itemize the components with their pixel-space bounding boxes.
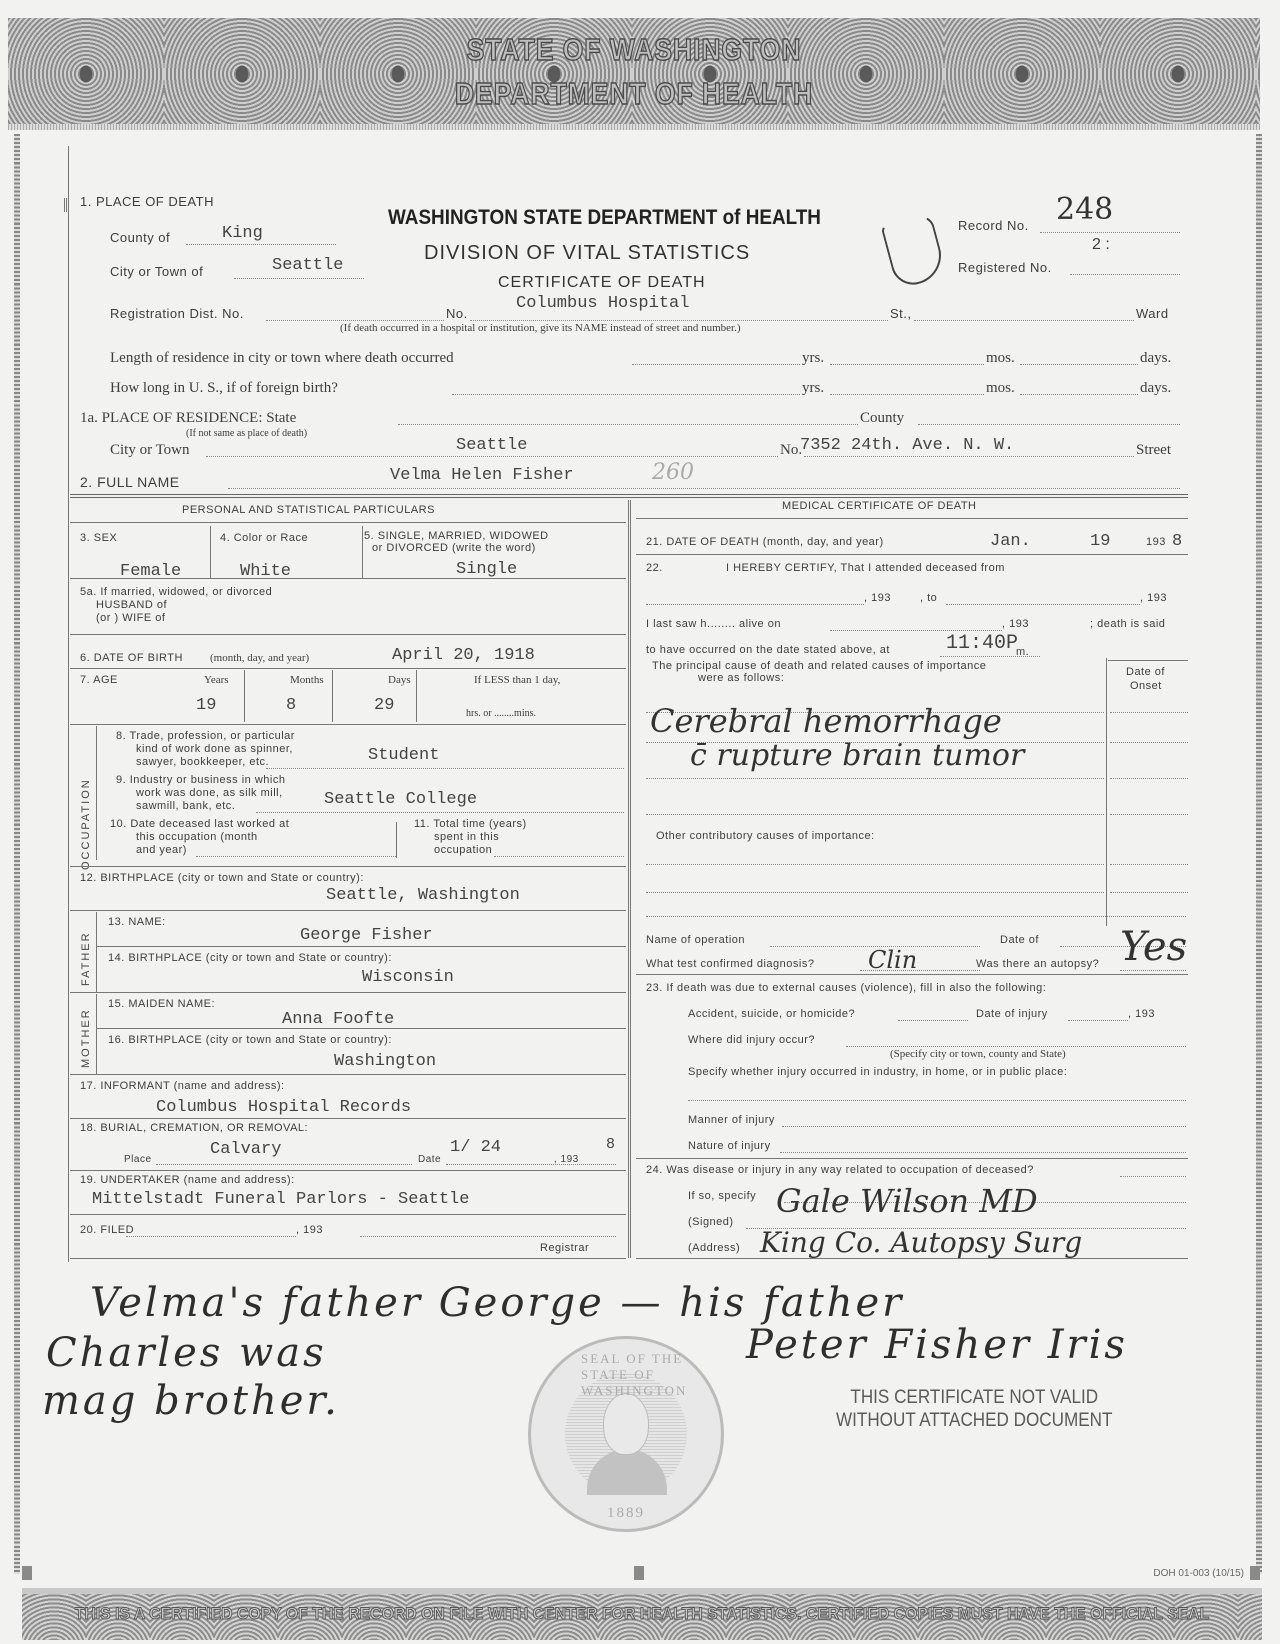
residence-label: 1a. PLACE OF RESIDENCE: State <box>80 410 296 427</box>
banner-department-title: DEPARTMENT OF HEALTH <box>96 76 1173 112</box>
certificate-header-division: DIVISION OF VITAL STATISTICS <box>424 242 750 265</box>
industry-value: Seattle College <box>324 790 477 809</box>
cause-of-death-line-1: Cerebral hemorrhage <box>650 702 1002 740</box>
not-valid-notice: THIS CERTIFICATE NOT VALID WITHOUT ATTAC… <box>836 1386 1112 1432</box>
place-of-death-institution: Columbus Hospital <box>516 294 689 313</box>
certified-copy-notice: THIS IS A CERTIFIED COPY OF THE RECORD O… <box>65 1604 1218 1624</box>
county-value: King <box>222 224 263 243</box>
city-label: City or Town of <box>110 264 203 279</box>
street-no-label: No. <box>446 306 468 321</box>
marital-status-value: Single <box>456 560 517 579</box>
personal-section-title: PERSONAL AND STATISTICAL PARTICULARS <box>182 504 435 516</box>
burial-date-value: 1/ 24 <box>450 1138 501 1157</box>
total-time-label: 11. Total time (years) <box>414 818 527 830</box>
nature-of-injury-label: Nature of injury <box>688 1140 771 1152</box>
occupation-related-label: 24. Was disease or injury in any way rel… <box>646 1164 1034 1176</box>
certify-statement: I HEREBY CERTIFY, That I attended deceas… <box>726 562 1005 574</box>
top-ornamental-banner: STATE OF WASHINGTON DEPARTMENT OF HEALTH <box>8 18 1260 130</box>
state-seal: SEAL OF THE STATE OF WASHINGTON 1889 <box>528 1336 724 1532</box>
certificate-header-title: CERTIFICATE OF DEATH <box>498 274 706 292</box>
burial-place-value: Calvary <box>210 1140 281 1159</box>
date-of-onset-label: Date of <box>1126 666 1165 678</box>
trade-value: Student <box>368 746 439 765</box>
operation-date-label: Date of <box>1000 934 1039 946</box>
filed-label: 20. FILED <box>80 1224 134 1236</box>
death-day-value: 19 <box>1090 532 1110 551</box>
record-no-label: Record No. <box>958 218 1029 233</box>
accident-label: Accident, suicide, or homicide? <box>688 1008 855 1020</box>
race-label: 4. Color or Race <box>220 532 308 544</box>
time-of-death-label: to have occurred on the date stated abov… <box>646 644 890 656</box>
cause-label: The principal cause of death and related… <box>652 660 986 672</box>
city-value: Seattle <box>272 256 343 275</box>
last-worked-label: 10. Date deceased last worked at <box>110 818 289 830</box>
seal-ring-text: SEAL OF THE STATE OF WASHINGTON <box>581 1351 721 1399</box>
registrar-label: Registrar <box>540 1242 589 1254</box>
birthplace-label: 12. BIRTHPLACE (city or town and State o… <box>80 872 364 884</box>
mother-name-label: 15. MAIDEN NAME: <box>108 998 215 1010</box>
external-causes-label: 23. If death was due to external causes … <box>646 982 1046 994</box>
registered-no-label: Registered No. <box>958 260 1052 275</box>
certificate-header-department: WASHINGTON STATE DEPARTMENT of HEALTH <box>388 206 821 230</box>
father-name-label: 13. NAME: <box>108 916 166 928</box>
age-months-value: 8 <box>286 696 296 715</box>
residence-note: (If not same as place of death) <box>186 428 307 439</box>
industry-label: 9. Industry or business in which <box>116 774 285 786</box>
banner-state-title: STATE OF WASHINGTON <box>96 32 1173 68</box>
mother-name-value: Anna Foofte <box>282 1010 394 1029</box>
handwritten-note-line-1: Velma's father George — his father <box>90 1280 904 1326</box>
residence-address-value: 7352 24th. Ave. N. W. <box>800 436 1014 455</box>
registered-no-value: 2 : <box>1092 236 1110 254</box>
bottom-ornamental-banner: THIS IS A CERTIFIED COPY OF THE RECORD O… <box>22 1588 1262 1640</box>
county-label: County of <box>110 230 170 245</box>
time-of-death-value: 11:40P <box>946 632 1018 655</box>
operation-label: Name of operation <box>646 934 745 946</box>
handwritten-note-line-3: mag brother. <box>42 1378 340 1424</box>
record-no-value: 248 <box>1056 192 1113 227</box>
last-saw-label: I last saw h........ alive on <box>646 618 781 630</box>
injury-location-label: Where did injury occur? <box>688 1034 815 1046</box>
mother-birthplace-label: 16. BIRTHPLACE (city or town and State o… <box>108 1034 392 1046</box>
father-birthplace-value: Wisconsin <box>362 968 454 987</box>
injury-date-label: Date of injury <box>976 1008 1048 1020</box>
signed-label: (Signed) <box>688 1216 734 1228</box>
father-vertical-label: FATHER <box>80 931 92 986</box>
st-label: St., <box>890 306 912 321</box>
registration-district-label: Registration Dist. No. <box>110 306 244 321</box>
us-length-label: How long in U. S., if of foreign birth? <box>110 380 338 397</box>
marital-label: 5. SINGLE, MARRIED, WIDOWED <box>364 530 549 542</box>
diagnosis-test-label: What test confirmed diagnosis? <box>646 958 814 970</box>
death-year-suffix: 8 <box>1172 532 1182 551</box>
medical-section-title: MEDICAL CERTIFICATE OF DEATH <box>782 500 977 512</box>
spouse-label: 5a. If married, widowed, or divorced <box>80 586 272 598</box>
column-divider <box>628 500 631 1258</box>
physician-signature: Gale Wilson MD <box>776 1182 1038 1220</box>
trade-label: 8. Trade, profession, or particular <box>116 730 295 742</box>
cause-of-death-line-2: c̄ rupture brain tumor <box>690 738 1024 773</box>
death-month-value: Jan. <box>990 532 1031 551</box>
age-years-value: 19 <box>196 696 216 715</box>
informant-label: 17. INFORMANT (name and address): <box>80 1080 285 1092</box>
birthplace-value: Seattle, Washington <box>326 886 520 905</box>
residence-city-value: Seattle <box>456 436 527 455</box>
diagnosis-test-value: Clin <box>868 946 917 974</box>
handwritten-note-line-2: Charles was <box>46 1330 327 1376</box>
date-of-death-label: 21. DATE OF DEATH (month, day, and year) <box>646 536 884 548</box>
burial-label: 18. BURIAL, CREMATION, OR REMOVAL: <box>80 1122 308 1134</box>
age-label: 7. AGE <box>80 674 118 686</box>
autopsy-value: Yes <box>1120 924 1187 970</box>
sex-label: 3. SEX <box>80 532 117 544</box>
washington-portrait-icon <box>587 1449 667 1495</box>
occupation-vertical-label: OCCUPATION <box>80 778 92 870</box>
mother-vertical-label: MOTHER <box>80 1008 92 1068</box>
if-so-specify-label: If so, specify <box>688 1190 756 1202</box>
residence-length-label: Length of residence in city or town wher… <box>110 350 454 367</box>
full-name-label: 2. FULL NAME <box>80 474 180 490</box>
handwritten-note-line-2b: Peter Fisher Iris <box>746 1322 1128 1368</box>
full-name-value: Velma Helen Fisher <box>390 466 574 485</box>
undertaker-value: Mittelstadt Funeral Parlors - Seattle <box>92 1190 469 1209</box>
physician-address: King Co. Autopsy Surg <box>760 1226 1082 1259</box>
mother-birthplace-value: Washington <box>334 1052 436 1071</box>
injury-place-type-label: Specify whether injury occurred in indus… <box>688 1066 1067 1078</box>
residence-city-label: City or Town <box>110 442 190 459</box>
hospital-note: (If death occurred in a hospital or inst… <box>340 322 741 334</box>
full-name-annotation: 260 <box>652 460 694 485</box>
dob-label: 6. DATE OF BIRTH <box>80 652 183 664</box>
ward-label: Ward <box>1136 306 1169 321</box>
father-birthplace-label: 14. BIRTHPLACE (city or town and State o… <box>108 952 392 964</box>
residence-county-label: County <box>860 410 904 427</box>
form-code: DOH 01-003 (10/15) <box>1153 1568 1244 1579</box>
father-name-value: George Fisher <box>300 926 433 945</box>
place-of-death-heading: 1. PLACE OF DEATH <box>80 194 214 209</box>
seal-year: 1889 <box>607 1505 645 1522</box>
informant-value: Columbus Hospital Records <box>156 1098 411 1117</box>
undertaker-label: 19. UNDERTAKER (name and address): <box>80 1174 295 1186</box>
age-days-value: 29 <box>374 696 394 715</box>
other-causes-label: Other contributory causes of importance: <box>656 830 875 842</box>
manner-of-injury-label: Manner of injury <box>688 1114 775 1126</box>
autopsy-label: Was there an autopsy? <box>976 958 1099 970</box>
address-label: (Address) <box>688 1242 740 1254</box>
dob-value: April 20, 1918 <box>392 646 535 665</box>
